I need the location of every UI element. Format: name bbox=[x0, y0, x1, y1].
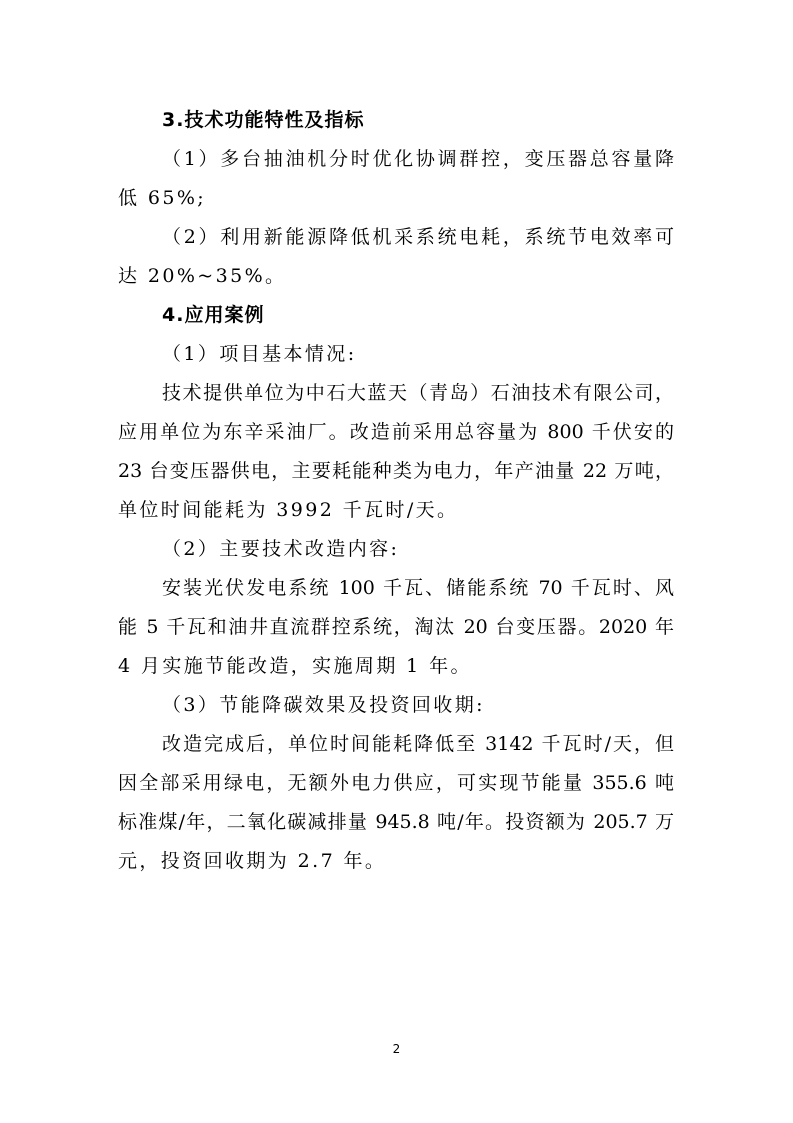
paragraph-line: 23 台变压器供电，主要耗能种类为电力，年产油量 22 万吨， bbox=[118, 459, 674, 483]
section-4-heading: 4.应用案例 bbox=[162, 303, 718, 327]
paragraph-line: 改造完成后，单位时间能耗降低至 3142 千瓦时/天，但 bbox=[162, 732, 674, 756]
page-number: 2 bbox=[0, 1042, 793, 1056]
paragraph-line: 元，投资回收期为 2.7 年。 bbox=[118, 849, 674, 873]
paragraph-line: （1）多台抽油机分时优化协调群控，变压器总容量降 bbox=[162, 147, 674, 171]
paragraph-line: 4 月实施节能改造，实施周期 1 年。 bbox=[118, 654, 674, 678]
paragraph-line: 低 65%; bbox=[118, 186, 674, 210]
section-3-heading: 3.技术功能特性及指标 bbox=[162, 108, 718, 132]
paragraph-line: 标准煤/年，二氧化碳减排量 945.8 吨/年。投资额为 205.7 万 bbox=[118, 810, 674, 834]
paragraph-line: 应用单位为东辛采油厂。改造前采用总容量为 800 千伏安的 bbox=[118, 420, 674, 444]
subsection-title: （2）主要技术改造内容: bbox=[162, 537, 718, 561]
paragraph-line: 单位时间能耗为 3992 千瓦时/天。 bbox=[118, 498, 674, 522]
paragraph-line: 安装光伏发电系统 100 千瓦、储能系统 70 千瓦时、风 bbox=[162, 576, 674, 600]
paragraph-line: （2）利用新能源降低机采系统电耗，系统节电效率可 bbox=[162, 225, 674, 249]
subsection-title: （1）项目基本情况: bbox=[162, 342, 718, 366]
subsection-title: （3）节能降碳效果及投资回收期: bbox=[162, 693, 718, 717]
paragraph-line: 能 5 千瓦和油井直流群控系统，淘汰 20 台变压器。2020 年 bbox=[118, 615, 674, 639]
paragraph-line: 因全部采用绿电，无额外电力供应，可实现节能量 355.6 吨 bbox=[118, 771, 674, 795]
document-page: 3.技术功能特性及指标 （1）多台抽油机分时优化协调群控，变压器总容量降 低 6… bbox=[0, 0, 793, 1123]
paragraph-line: 达 20%~35%。 bbox=[118, 264, 674, 288]
paragraph-line: 技术提供单位为中石大蓝天（青岛）石油技术有限公司， bbox=[162, 381, 674, 405]
